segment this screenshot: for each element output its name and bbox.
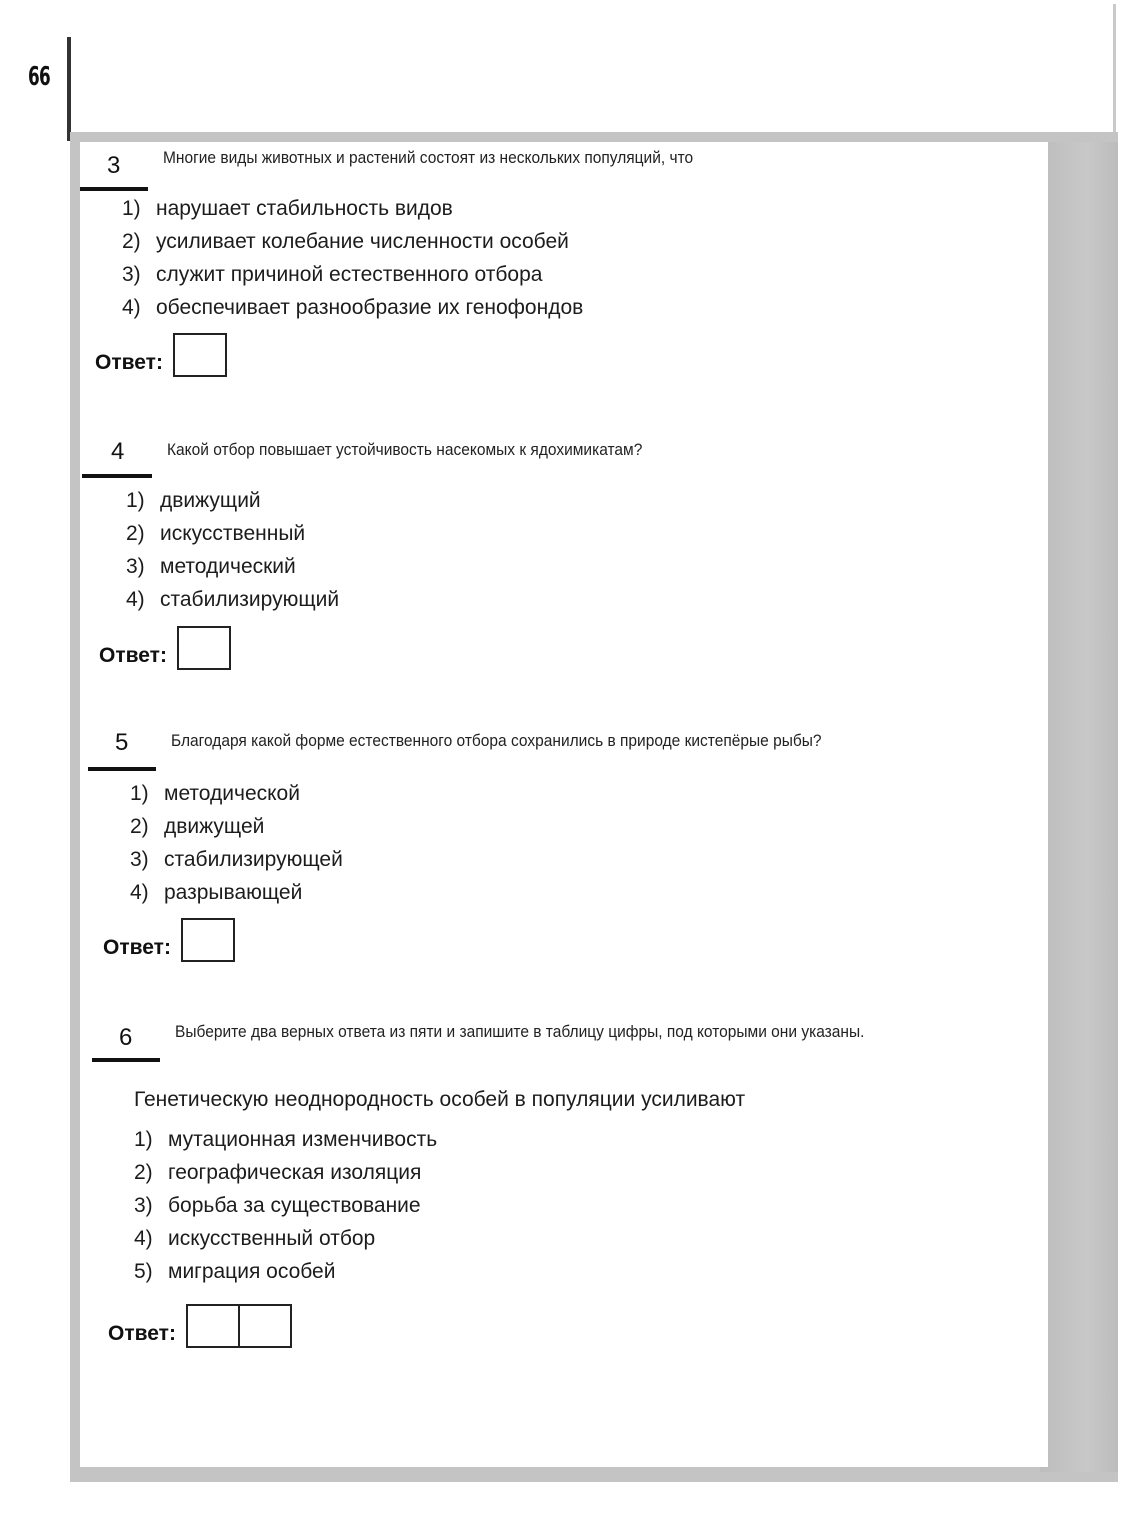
answer-cell[interactable]	[183, 920, 233, 960]
task-lead-statement: Генетическую неоднородность особей в поп…	[134, 1088, 745, 1112]
option-item: 3)служит причиной естественного отбора	[122, 258, 583, 291]
option-item: 2)географическая изоляция	[134, 1156, 437, 1189]
option-item: 2)движущей	[130, 810, 343, 843]
answer-cell-1[interactable]	[188, 1306, 238, 1346]
frame-side-shade	[1040, 142, 1118, 1472]
option-list: 1)нарушает стабильность видов 2)усиливае…	[122, 192, 583, 324]
answer-row: Ответ:	[108, 1304, 292, 1348]
option-item: 4)разрывающей	[130, 876, 343, 909]
option-list: 1)движущий 2)искусственный 3)методически…	[126, 484, 339, 616]
answer-label: Ответ:	[95, 351, 163, 375]
option-list: 1)методической 2)движущей 3)стабилизирую…	[130, 777, 343, 909]
answer-row: Ответ:	[95, 333, 227, 377]
option-item: 4)стабилизирующий	[126, 583, 339, 616]
option-item: 1)мутационная изменчивость	[134, 1123, 437, 1156]
page-number: 66	[28, 62, 50, 92]
option-item: 1)методической	[130, 777, 343, 810]
answer-box[interactable]	[181, 918, 235, 962]
option-item: 3)стабилизирующей	[130, 843, 343, 876]
option-item: 4)искусственный отбор	[134, 1222, 437, 1255]
option-item: 2)искусственный	[126, 517, 339, 550]
worksheet-panel: 3 Многие виды животных и растений состоя…	[80, 142, 1048, 1467]
answer-box[interactable]	[173, 333, 227, 377]
option-item: 4)обеспечивает разнообразие их генофондо…	[122, 291, 583, 324]
task-number-underline	[88, 767, 156, 771]
option-item: 5)миграция особей	[134, 1255, 437, 1288]
task-prompt: Какой отбор повышает устойчивость насеко…	[167, 438, 844, 462]
task-number-underline	[82, 474, 152, 478]
answer-label: Ответ:	[103, 936, 171, 960]
option-item: 2)усиливает колебание численности особей	[122, 225, 583, 258]
option-list: 1)мутационная изменчивость 2)географичес…	[134, 1123, 437, 1288]
task-number: 5	[115, 729, 128, 757]
answer-box[interactable]	[186, 1304, 292, 1348]
task-prompt: Многие виды животных и растений состоят …	[163, 146, 877, 170]
answer-label: Ответ:	[108, 1322, 176, 1346]
option-item: 3)методический	[126, 550, 339, 583]
task-number: 3	[107, 152, 120, 180]
task-number-underline	[80, 187, 148, 191]
margin-rule	[67, 37, 71, 141]
task-prompt: Благодаря какой форме естественного отбо…	[171, 729, 1036, 753]
answer-cell-2[interactable]	[238, 1306, 290, 1346]
page-edge-rule	[1113, 4, 1116, 132]
option-item: 1)нарушает стабильность видов	[122, 192, 583, 225]
task-number: 4	[111, 438, 124, 466]
answer-cell[interactable]	[175, 335, 225, 375]
answer-cell[interactable]	[179, 628, 229, 668]
answer-row: Ответ:	[99, 626, 231, 670]
answer-row: Ответ:	[103, 918, 235, 962]
task-prompt: Выберите два верных ответа из пяти и зап…	[175, 1020, 1040, 1044]
answer-box[interactable]	[177, 626, 231, 670]
answer-label: Ответ:	[99, 644, 167, 668]
task-number: 6	[119, 1024, 132, 1052]
option-item: 3)борьба за существование	[134, 1189, 437, 1222]
task-number-underline	[92, 1058, 160, 1062]
option-item: 1)движущий	[126, 484, 339, 517]
